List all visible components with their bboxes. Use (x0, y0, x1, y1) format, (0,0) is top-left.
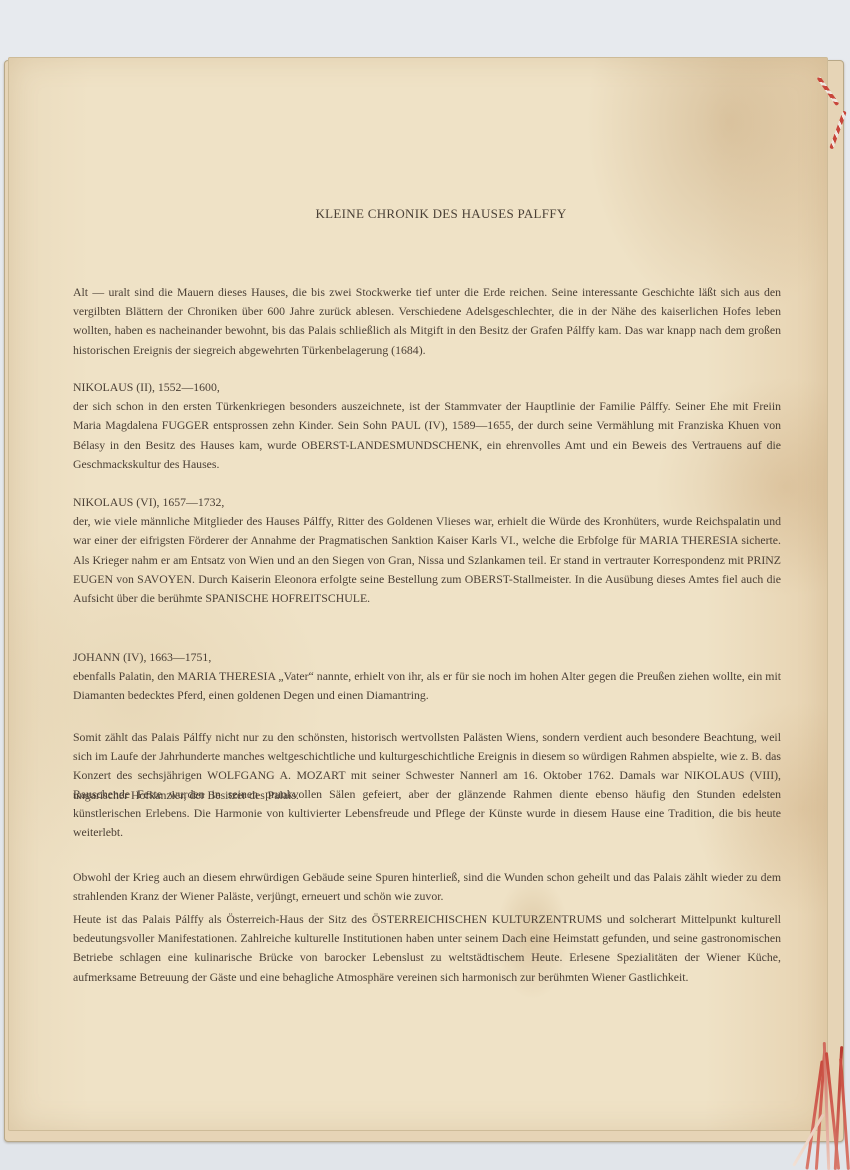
document-page: KLEINE CHRONIK DES HAUSES PALFFY Alt — u… (8, 57, 828, 1131)
section-heading: JOHANN (IV), 1663—1751, (73, 648, 781, 667)
paragraph-text: Heute ist das Palais Pálffy als Österrei… (73, 910, 781, 987)
heute-paragraph: Heute ist das Palais Pálffy als Österrei… (73, 910, 781, 987)
section-text: ebenfalls Palatin, den MARIA THERESIA „V… (73, 667, 781, 705)
section-heading: NIKOLAUS (VI), 1657—1732, (73, 493, 781, 512)
intro-text: Alt — uralt sind die Mauern dieses Hause… (73, 283, 781, 360)
obwohl-paragraph: Obwohl der Krieg auch an diesem ehrwürdi… (73, 868, 781, 906)
section-text: der, wie viele männliche Mitglieder des … (73, 512, 781, 608)
section-heading: NIKOLAUS (II), 1552—1600, (73, 378, 781, 397)
document-title: KLEINE CHRONIK DES HAUSES PALFFY (9, 206, 827, 222)
rauschende-paragraph: Rauschende Feste wurden in seinen prunkv… (73, 785, 781, 843)
intro-paragraph: Alt — uralt sind die Mauern dieses Hause… (73, 283, 781, 360)
binding-tassel-bottom (806, 1040, 850, 1170)
section-nikolaus-vi: NIKOLAUS (VI), 1657—1732, der, wie viele… (73, 493, 781, 608)
section-nikolaus-ii: NIKOLAUS (II), 1552—1600, der sich schon… (73, 378, 781, 474)
section-johann-iv: JOHANN (IV), 1663—1751, ebenfalls Palati… (73, 648, 781, 706)
section-text: der sich schon in den ersten Türkenkrieg… (73, 397, 781, 474)
paragraph-text: Rauschende Feste wurden in seinen prunkv… (73, 785, 781, 843)
paragraph-text: Obwohl der Krieg auch an diesem ehrwürdi… (73, 868, 781, 906)
